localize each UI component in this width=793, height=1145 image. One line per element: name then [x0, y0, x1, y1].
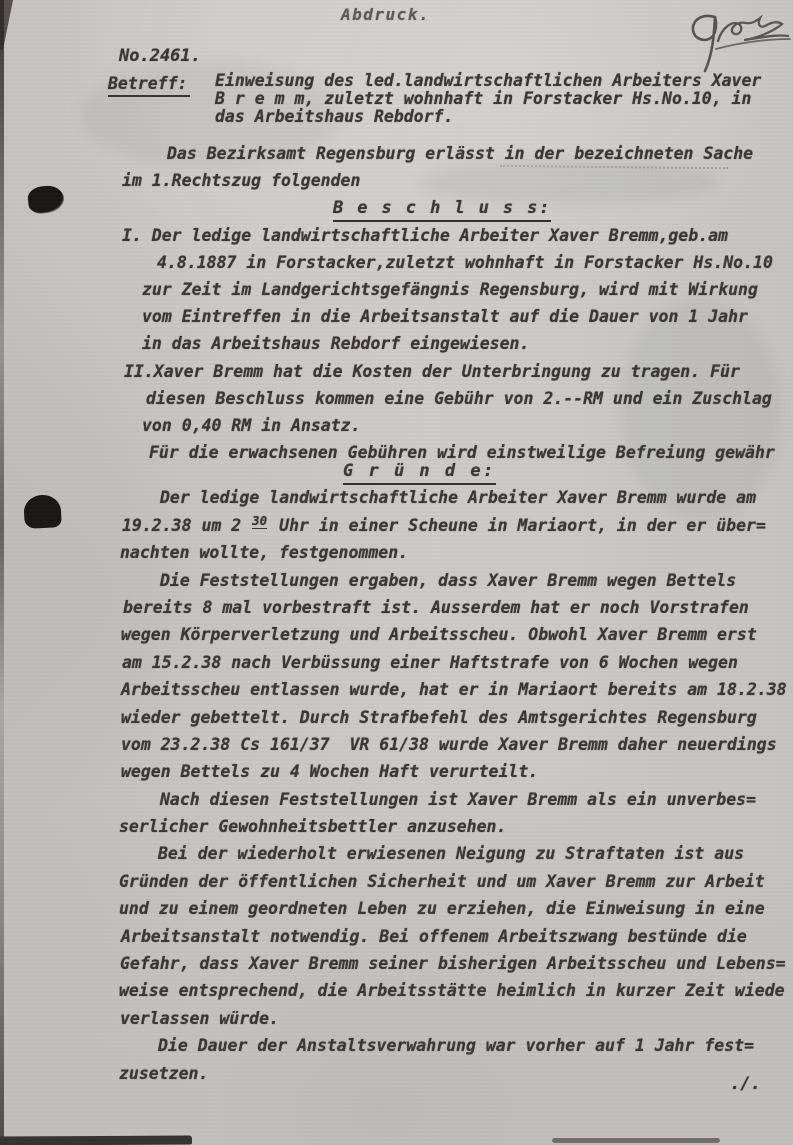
body-line: von 0,40 RM in Ansatz.: [142, 412, 793, 439]
body-line: Arbeitsscheu entlassen wurde, hat er in …: [121, 676, 793, 703]
body-line: weise entsprechend, die Arbeitsstätte he…: [119, 977, 793, 1004]
hole-punch-mark: [27, 184, 65, 214]
body-line: diesen Beschluss kommen eine Gebühr von …: [146, 385, 793, 412]
handwritten-initials-scribble: [714, 13, 792, 59]
body-line: Die Dauer der Anstaltsverwahrung war vor…: [158, 1032, 793, 1059]
decision-heading: B e s c h l u s s:: [333, 197, 551, 222]
body-line: II.Xaver Bremm hat die Kosten der Unterb…: [124, 358, 793, 385]
body-line: 4.8.1887 in Forstacker,zuletzt wohnhaft …: [157, 249, 793, 276]
body-line: Das Bezirksamt Regensburg erlässt in der…: [167, 140, 793, 167]
decision-section: Das Bezirksamt Regensburg erlässt in der…: [119, 140, 793, 466]
subject-line: das Arbeitshaus Rebdorf.: [215, 108, 793, 126]
time-text: 19.2.38 um 2: [122, 516, 251, 535]
body-line: Gründen der öffentlichen Sicherheit und …: [119, 868, 793, 895]
scan-bottom-edge-shadow: [552, 1138, 720, 1143]
time-text: Uhr in einer Scheune in Mariaort, in der…: [269, 516, 766, 535]
body-line: Bei der wiederholt erwiesenen Neigung zu…: [158, 840, 793, 867]
reasons-heading: G r ü n d e:: [343, 460, 496, 485]
body-line: vom Eintreffen in die Arbeitsanstalt auf…: [142, 303, 793, 330]
body-line: Der ledige landwirtschaftliche Arbeiter …: [160, 484, 793, 511]
body-line: zur Zeit im Landgerichtsgefängnis Regens…: [142, 276, 793, 303]
copy-label: Abdruck.: [341, 5, 430, 24]
body-line: Gefahr, dass Xaver Bremm seiner bisherig…: [120, 950, 793, 977]
body-line: Nach diesen Feststellungen ist Xaver Bre…: [160, 786, 793, 813]
body-line: I. Der ledige landwirtschaftliche Arbeit…: [122, 222, 793, 249]
body-line: verlassen würde.: [120, 1005, 793, 1032]
body-line: serlicher Gewohnheitsbettler anzusehen.: [119, 813, 793, 840]
superscript-minutes: 30: [252, 513, 267, 529]
body-line: vom 23.2.38 Cs 161/37 VR 61/38 wurde Xav…: [121, 731, 793, 758]
body-line: wegen Körperverletzung und Arbeitsscheu.…: [121, 621, 793, 648]
body-line: nachten wollte, festgenommen.: [120, 539, 793, 566]
body-line: und zu einem geordneten Leben zu erziehe…: [119, 895, 793, 922]
scan-corner-mark: [0, 0, 13, 50]
hole-punch-mark: [23, 494, 62, 529]
decision-heading-line: B e s c h l u s s:: [119, 194, 793, 221]
body-line: im 1.Rechtszug folgenden: [122, 167, 793, 194]
body-line: wieder gebettelt. Durch Strafbefehl des …: [121, 704, 793, 731]
body-line: Arbeitsanstalt notwendig. Bei offenem Ar…: [121, 923, 793, 950]
body-line: am 15.2.38 nach Verbüssung einer Haftstr…: [122, 649, 793, 676]
continuation-mark: ./.: [730, 1074, 761, 1094]
document-number: No.2461.: [119, 46, 201, 66]
body-line: wegen Bettels zu 4 Wochen Haft verurteil…: [121, 758, 793, 785]
reasons-section: G r ü n d e: Der ledige landwirtschaftli…: [119, 457, 793, 1087]
subject-line: B r e m m, zuletzt wohnhaft in Forstacke…: [215, 90, 793, 108]
body-line: Die Feststellungen ergaben, dass Xaver B…: [160, 567, 793, 594]
scan-left-edge-shadow: [0, 0, 4, 1145]
body-line: zusetzen.: [119, 1060, 793, 1087]
subject-line: Einweisung des led.landwirtschaftlichen …: [215, 72, 793, 90]
body-line: bereits 8 mal vorbestraft ist. Ausserdem…: [123, 594, 793, 621]
subject-lines: Einweisung des led.landwirtschaftlichen …: [215, 72, 793, 125]
scanned-document-page: Abdruck. 9 No.2461. Betreff: Einweisung …: [0, 0, 793, 1145]
scan-bottom-edge-shadow: [0, 1135, 192, 1145]
body-line: in das Arbeitshaus Rebdorf eingewiesen.: [142, 330, 793, 357]
reasons-heading-line: G r ü n d e:: [119, 457, 793, 484]
body-line-with-superscript: 19.2.38 um 2 30 Uhr in einer Scheune in …: [122, 512, 793, 539]
subject-label: Betreff:: [108, 74, 190, 97]
